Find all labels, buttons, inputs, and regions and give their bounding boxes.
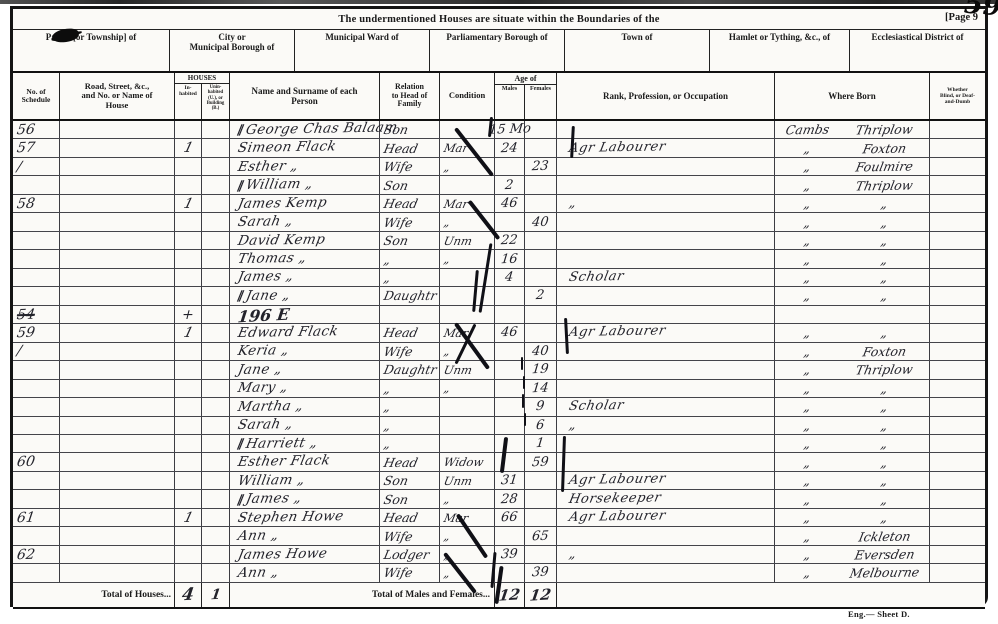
handwritten-entry: Thomas „ — [236, 250, 307, 267]
condition-cell: Mar — [440, 509, 495, 526]
handwritten-entry: „ — [443, 215, 452, 229]
handwritten-entry: Harriett „ — [244, 434, 319, 451]
born-county: „ — [775, 141, 840, 156]
handwritten-entry: „ — [880, 418, 889, 433]
blind-cell — [930, 398, 985, 415]
header-road: Road, Street, &c., and No. or Name of Ho… — [60, 73, 175, 119]
table-row: Ann „Wife„65„Ickleton — [13, 527, 985, 545]
born-county: „ — [775, 381, 840, 396]
occupation-cell — [557, 343, 775, 360]
condition-cell: „ — [440, 250, 495, 267]
header-houses: HOUSES — [175, 73, 229, 84]
total-females: 12 — [529, 585, 553, 604]
handwritten-entry: Horsekeeper — [568, 490, 663, 507]
handwritten-entry: „ — [443, 492, 452, 506]
table-row: 581James KempHeadMar46„„„ — [13, 195, 985, 213]
road-cell — [60, 269, 175, 286]
age-females-cell — [525, 490, 557, 507]
where-born-cell: „„ — [775, 472, 930, 489]
handwritten-entry: Daughtr — [382, 362, 438, 377]
uninhabited-cell — [202, 453, 230, 470]
age-females-cell — [525, 509, 557, 526]
where-born-cell: „„ — [775, 380, 930, 397]
handwritten-entry: „ — [803, 196, 812, 211]
handwritten-entry: „ — [803, 251, 812, 266]
condition-cell — [440, 269, 495, 286]
uninhabited-cell — [202, 324, 230, 341]
handwritten-entry: „ — [803, 288, 812, 303]
age-males-cell — [495, 343, 525, 360]
name-cell: David Kemp — [230, 232, 380, 249]
inhabited-cell — [175, 343, 202, 360]
road-cell — [60, 453, 175, 470]
where-born-cell: „„ — [775, 509, 930, 526]
age-males-cell: 24 — [495, 139, 525, 156]
relation-cell: Wife — [380, 564, 440, 581]
census-scan-page: { "colors":{"ink":"#1a1a1a","handwriting… — [0, 0, 998, 624]
table-row: 571Simeon FlackHeadMar24Agr Labourer„Fox… — [13, 139, 985, 157]
age-males-cell: 28 — [495, 490, 525, 507]
born-place: „ — [840, 381, 929, 396]
handwritten-entry: 56 — [16, 121, 36, 138]
uninhabited-cell — [202, 380, 230, 397]
handwritten-entry: 24 — [500, 140, 518, 156]
road-cell — [60, 158, 175, 175]
age-males-cell: 46 — [495, 324, 525, 341]
occupation-cell: Agr Labourer — [557, 509, 775, 526]
condition-cell: Mar — [440, 139, 495, 156]
born-county: „ — [775, 325, 840, 340]
relation-cell: Daughtr — [380, 287, 440, 304]
handwritten-entry: Sarah „ — [236, 213, 294, 230]
geo-column-ecclesiastical-district: Ecclesiastical District of — [850, 30, 985, 71]
geo-column-municipal-ward: Municipal Ward of — [295, 30, 430, 71]
inhabited-cell — [175, 121, 202, 138]
uninhabited-cell — [202, 417, 230, 434]
header-relation: Relation to Head of Family — [380, 73, 440, 119]
born-place: „ — [840, 492, 929, 507]
handwritten-entry: „ — [803, 528, 812, 543]
age-females-cell — [525, 139, 557, 156]
born-county: „ — [775, 362, 840, 377]
page-title: The undermentioned Houses are situate wi… — [338, 14, 659, 25]
table-row: Ann „Wife„39„Melbourne — [13, 564, 985, 582]
age-females-cell: 40 — [525, 213, 557, 230]
occupation-cell — [557, 213, 775, 230]
handwritten-entry: „ — [880, 455, 889, 470]
handwritten-entry: „ — [382, 436, 392, 451]
occupation-cell — [557, 453, 775, 470]
occupation-cell — [557, 380, 775, 397]
road-cell — [60, 509, 175, 526]
condition-cell — [440, 287, 495, 304]
occupation-cell: Agr Labourer — [557, 139, 775, 156]
blind-cell — [930, 121, 985, 138]
born-county: „ — [775, 565, 840, 580]
name-cell: Martha „ — [230, 398, 380, 415]
where-born-cell: „„ — [775, 250, 930, 267]
census-form: The undermentioned Houses are situate wi… — [10, 6, 988, 607]
born-place: Foulmire — [840, 159, 929, 174]
table-row: Martha „„9Scholar„„ — [13, 398, 985, 416]
blind-cell — [930, 490, 985, 507]
name-cell: ∥James „ — [230, 490, 380, 507]
handwritten-entry: 57 — [16, 140, 36, 157]
blind-cell — [930, 417, 985, 434]
handwritten-entry: Head — [382, 196, 419, 211]
uninhabited-cell — [202, 509, 230, 526]
handwritten-entry: „ — [880, 510, 889, 525]
where-born-cell: „„ — [775, 287, 930, 304]
handwritten-entry: „ — [382, 418, 392, 433]
name-cell: 196 E — [230, 306, 380, 325]
relation-cell: Son — [380, 232, 440, 249]
age-females-cell: 6 — [525, 417, 557, 434]
handwritten-entry: / — [16, 343, 23, 359]
handwritten-entry: William „ — [236, 471, 306, 488]
uninhabited-cell — [202, 250, 230, 267]
handwritten-entry: Head — [382, 325, 419, 340]
condition-cell — [440, 417, 495, 434]
handwritten-entry: „ — [382, 399, 392, 414]
where-born-cell: „Foulmire — [775, 158, 930, 175]
handwritten-entry: 54 — [16, 307, 36, 324]
inhabited-cell: 1 — [175, 324, 202, 341]
where-born-cell: „Ickleton — [775, 527, 930, 544]
handwritten-entry: Wife — [382, 215, 414, 230]
where-born-cell: „Thriplow — [775, 176, 930, 193]
condition-cell — [440, 176, 495, 193]
blind-cell — [930, 269, 985, 286]
scan-edge-artifact — [0, 0, 998, 4]
age-males-cell — [495, 361, 525, 378]
where-born-cell — [775, 306, 930, 325]
inhabited-cell — [175, 176, 202, 193]
handwritten-entry: Thriplow — [854, 122, 914, 138]
handwritten-entry: „ — [803, 178, 812, 193]
name-cell: Esther Flack — [230, 453, 380, 470]
table-row: Mary „„„14„„ — [13, 380, 985, 398]
handwritten-entry: „ — [803, 159, 812, 174]
born-county: „ — [775, 547, 840, 562]
handwritten-entry: Agr Labourer — [568, 508, 668, 525]
total-males-females-label: Total of Males and Females... — [230, 583, 495, 607]
occupation-cell — [557, 564, 775, 581]
table-row: ∥Jane „Daughtr2„„ — [13, 287, 985, 305]
blind-cell — [930, 343, 985, 360]
condition-cell: „ — [440, 490, 495, 507]
schedule-cell: 56 — [13, 121, 60, 138]
header-name: Name and Surname of each Person — [230, 73, 380, 119]
inhabited-cell — [175, 269, 202, 286]
handwritten-entry: „ — [568, 418, 578, 433]
uninhabited-cell — [202, 121, 230, 138]
condition-cell: Unm — [440, 361, 495, 378]
table-row: David KempSonUnm22„„ — [13, 232, 985, 250]
handwritten-entry: „ — [880, 381, 889, 396]
handwritten-entry: 196 E — [237, 304, 291, 326]
handwritten-entry: „ — [803, 344, 812, 359]
born-place: „ — [840, 325, 929, 340]
handwritten-entry: 62 — [16, 546, 36, 563]
where-born-cell: „„ — [775, 213, 930, 230]
handwritten-entry: Son — [382, 178, 409, 193]
inhabited-cell: 1 — [175, 139, 202, 156]
totals-empty — [557, 583, 985, 607]
handwritten-entry: 2 — [536, 288, 546, 303]
name-cell: William „ — [230, 472, 380, 489]
handwritten-entry: Foulmire — [854, 159, 914, 175]
condition-cell: „ — [440, 213, 495, 230]
age-males-cell: 39 — [495, 546, 525, 563]
table-row: 62James HoweLodger„39„„Eversden — [13, 546, 985, 564]
handwritten-entry: „ — [803, 455, 812, 470]
name-cell: Ann „ — [230, 527, 380, 544]
schedule-cell: / — [13, 158, 60, 175]
inhabited-cell — [175, 527, 202, 544]
road-cell — [60, 306, 175, 325]
name-cell: Sarah „ — [230, 417, 380, 434]
handwritten-entry: Agr Labourer — [568, 471, 668, 488]
age-males-cell: 46 — [495, 195, 525, 212]
where-born-cell: „„ — [775, 435, 930, 452]
age-females-cell: 2 — [525, 287, 557, 304]
header-females: Females — [525, 85, 556, 119]
handwritten-entry: Lodger — [382, 547, 430, 562]
blind-cell — [930, 213, 985, 230]
condition-cell — [440, 398, 495, 415]
road-cell — [60, 343, 175, 360]
handwritten-entry: „ — [568, 196, 578, 211]
handwritten-entry: Unm — [443, 234, 474, 248]
where-born-cell: „Foxton — [775, 343, 930, 360]
table-row: /Keria „Wife„40„Foxton — [13, 343, 985, 361]
handwritten-entry: 19 — [531, 362, 549, 378]
relation-cell: Lodger — [380, 546, 440, 563]
age-males-cell — [495, 564, 525, 581]
table-column-headers: No. of Schedule Road, Street, &c., and N… — [13, 71, 985, 121]
born-place: „ — [840, 399, 929, 414]
uninhabited-cell — [202, 398, 230, 415]
total-houses-inhabited: 4 — [181, 584, 196, 605]
uninhabited-cell — [202, 527, 230, 544]
name-cell: Mary „ — [230, 380, 380, 397]
age-males-cell: 16 — [495, 250, 525, 267]
handwritten-entry: Simeon Flack — [236, 138, 337, 156]
table-row: Sarah „„6„„„ — [13, 417, 985, 435]
road-cell — [60, 195, 175, 212]
blind-cell — [930, 380, 985, 397]
uninhabited-cell — [202, 435, 230, 452]
schedule-cell: 58 — [13, 195, 60, 212]
born-county: „ — [775, 492, 840, 507]
table-row: Jane „DaughtrUnm19„Thriplow — [13, 361, 985, 379]
table-row: Sarah „Wife„40„„ — [13, 213, 985, 231]
handwritten-entry: Head — [382, 455, 419, 470]
sheet-footer-label: Eng.— Sheet D. — [848, 609, 910, 619]
born-place: Foxton — [840, 141, 929, 156]
table-row: ∥William „Son2„Thriplow — [13, 176, 985, 194]
table-row: 60Esther FlackHeadWidow59„„ — [13, 453, 985, 471]
age-males-cell — [495, 306, 525, 325]
handwritten-entry: Son — [382, 233, 409, 248]
age-males-cell — [495, 287, 525, 304]
condition-cell — [440, 121, 495, 138]
age-females-cell: 14 — [525, 380, 557, 397]
age-females-cell — [525, 195, 557, 212]
born-place: Thriplow — [840, 122, 929, 137]
born-place: Melbourne — [840, 565, 929, 580]
blind-cell — [930, 250, 985, 267]
handwritten-entry: Melbourne — [848, 565, 920, 581]
condition-cell: „ — [440, 546, 495, 563]
handwritten-entry: „ — [443, 566, 452, 580]
handwritten-entry: Martha „ — [236, 398, 304, 415]
handwritten-entry: James Howe — [236, 545, 328, 563]
inhabited-cell — [175, 287, 202, 304]
relation-cell: Wife — [380, 343, 440, 360]
uninhabited-cell — [202, 472, 230, 489]
relation-cell: Son — [380, 121, 440, 138]
handwritten-entry: „ — [382, 252, 392, 267]
uninhabited-cell — [202, 232, 230, 249]
name-cell: ∥Harriett „ — [230, 435, 380, 452]
handwritten-entry: 4 — [505, 270, 515, 285]
relation-cell: Son — [380, 490, 440, 507]
road-cell — [60, 250, 175, 267]
handwritten-entry: 46 — [500, 325, 518, 341]
handwritten-entry: „ — [803, 473, 812, 488]
table-row: ∥Harriett „„1„„ — [13, 435, 985, 453]
handwritten-entry: 39 — [531, 565, 549, 581]
handwritten-entry: Jane „ — [236, 361, 283, 378]
handwritten-entry: Cambs — [784, 122, 830, 138]
handwritten-entry: Head — [382, 141, 419, 156]
handwritten-entry: Unm — [443, 363, 474, 377]
geography-header: Parish [or Township] of City or Municipa… — [13, 30, 985, 71]
total-houses-label: Total of Houses... — [13, 583, 175, 607]
handwritten-entry: Thriplow — [854, 362, 914, 378]
road-cell — [60, 546, 175, 563]
born-county: „ — [775, 510, 840, 525]
header-occupation: Rank, Profession, or Occupation — [557, 73, 775, 119]
born-place: „ — [840, 233, 929, 248]
where-born-cell: „„ — [775, 398, 930, 415]
handwritten-entry: James „ — [236, 269, 295, 286]
road-cell — [60, 472, 175, 489]
handwritten-entry: „ — [803, 436, 812, 451]
schedule-cell: 59 — [13, 324, 60, 341]
uninhabited-cell — [202, 564, 230, 581]
inhabited-cell — [175, 564, 202, 581]
inhabited-cell — [175, 213, 202, 230]
handwritten-entry: 14 — [531, 381, 549, 397]
where-born-cell: „Thriplow — [775, 361, 930, 378]
occupation-cell — [557, 306, 775, 325]
handwritten-entry: Son — [382, 122, 409, 137]
blind-cell — [930, 546, 985, 563]
inhabited-cell — [175, 546, 202, 563]
handwritten-entry: 66 — [500, 510, 518, 526]
table-row: 56∥George Chas BalaamSon15 MoCambsThripl… — [13, 121, 985, 139]
relation-cell: „ — [380, 435, 440, 452]
age-males-cell: 66 — [495, 509, 525, 526]
geo-column-parish: Parish [or Township] of — [13, 30, 170, 71]
born-place: „ — [840, 270, 929, 285]
schedule-cell — [13, 269, 60, 286]
handwritten-entry: 1 — [182, 196, 195, 212]
handwritten-entry: „ — [880, 215, 889, 230]
blind-cell — [930, 435, 985, 452]
occupation-cell: Agr Labourer — [557, 472, 775, 489]
inhabited-cell: 1 — [175, 195, 202, 212]
blind-cell — [930, 453, 985, 470]
handwritten-entry: Eversden — [853, 546, 916, 562]
age-females-cell: 19 — [525, 361, 557, 378]
census-table-body: 56∥George Chas BalaamSon15 MoCambsThripl… — [13, 121, 985, 583]
handwritten-entry: Stephen Howe — [236, 508, 345, 526]
handwritten-entry: 22 — [500, 233, 518, 249]
handwritten-entry: 9 — [536, 399, 546, 414]
handwritten-entry: „ — [443, 252, 452, 266]
inhabited-cell — [175, 250, 202, 267]
name-cell: Simeon Flack — [230, 139, 380, 156]
table-row: ∥James „Son„28Horsekeeper„„ — [13, 490, 985, 508]
name-cell: ∥George Chas Balaam — [230, 121, 380, 138]
header-blind-deaf: Whether Blind, or Deaf- and-Dumb — [930, 73, 985, 119]
name-cell: Jane „ — [230, 361, 380, 378]
handwritten-entry: Scholar — [568, 398, 626, 414]
schedule-cell — [13, 417, 60, 434]
handwritten-entry: 58 — [16, 195, 36, 212]
road-cell — [60, 435, 175, 452]
handwritten-entry: 15 Mo — [488, 122, 532, 138]
handwritten-entry: „ — [803, 141, 812, 156]
header-houses-group: HOUSES In- habited Unin- habited (U.), o… — [175, 73, 230, 119]
handwritten-entry: „ — [803, 510, 812, 525]
handwritten-entry: „ — [880, 288, 889, 303]
occupation-cell — [557, 527, 775, 544]
blind-cell — [930, 324, 985, 341]
blind-cell — [930, 527, 985, 544]
where-born-cell: „„ — [775, 269, 930, 286]
condition-cell: Mar — [440, 195, 495, 212]
where-born-cell: CambsThriplow — [775, 121, 930, 138]
uninhabited-cell — [202, 546, 230, 563]
name-cell: Thomas „ — [230, 250, 380, 267]
handwritten-entry: Widow — [443, 455, 485, 469]
handwritten-entry: „ — [443, 344, 452, 358]
born-place: „ — [840, 510, 929, 525]
relation-cell — [380, 306, 440, 325]
handwritten-entry: / — [16, 159, 23, 175]
condition-cell: Mar — [440, 324, 495, 341]
born-place: „ — [840, 455, 929, 470]
name-cell: ∥William „ — [230, 176, 380, 193]
born-county: Cambs — [775, 122, 840, 137]
relation-cell: Son — [380, 472, 440, 489]
inhabited-cell — [175, 361, 202, 378]
inhabited-cell — [175, 380, 202, 397]
born-place: „ — [840, 418, 929, 433]
handwritten-entry: 59 — [531, 454, 549, 470]
handwritten-entry: Wife — [382, 159, 414, 174]
uninhabited-cell — [202, 343, 230, 360]
header-condition: Condition — [440, 73, 495, 119]
header-inhabited: In- habited — [175, 84, 202, 119]
schedule-cell — [13, 287, 60, 304]
where-born-cell: „„ — [775, 232, 930, 249]
